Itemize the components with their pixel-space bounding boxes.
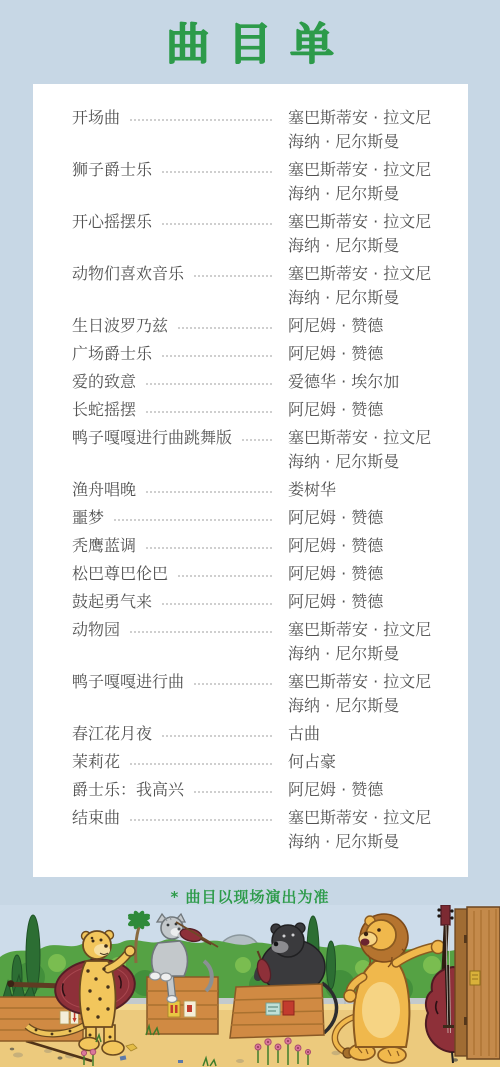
dot-leader (162, 722, 272, 737)
program-row: 开场曲塞巴斯蒂安 · 拉文尼海纳 · 尼尔斯曼 (72, 106, 456, 154)
dot-leader (146, 534, 272, 549)
composer-line: 海纳 · 尼尔斯曼 (288, 286, 456, 310)
song-title: 茉莉花 (72, 750, 120, 774)
composer-name: 阿尼姆 · 赞德 (288, 562, 456, 586)
song-title: 长蛇摇摆 (72, 398, 136, 422)
crate-right (230, 984, 324, 1038)
composer-name: 何占豪 (288, 750, 456, 774)
dot-leader (194, 778, 272, 793)
composer-name: 古曲 (288, 722, 456, 746)
program-row: 茉莉花何占豪 (72, 750, 456, 774)
composer-line: 海纳 · 尼尔斯曼 (288, 234, 456, 258)
footnote: * 曲目以现场演出为准 (0, 886, 500, 907)
song-title: 爱的致意 (72, 370, 136, 394)
dot-leader (178, 314, 272, 329)
composer-name: 塞巴斯蒂安 · 拉文尼海纳 · 尼尔斯曼 (288, 806, 456, 854)
composer-line: 海纳 · 尼尔斯曼 (288, 130, 456, 154)
song-title: 春江花月夜 (72, 722, 152, 746)
dot-leader (162, 342, 272, 357)
dot-leader (242, 426, 272, 441)
composer-line: 阿尼姆 · 赞德 (288, 342, 456, 366)
composer-line: 塞巴斯蒂安 · 拉文尼 (288, 426, 456, 450)
composer-line: 阿尼姆 · 赞德 (288, 562, 456, 586)
song-title: 鼓起勇气来 (72, 590, 152, 614)
program-row: 鸭子嘎嘎进行曲跳舞版塞巴斯蒂安 · 拉文尼海纳 · 尼尔斯曼 (72, 426, 456, 474)
song-title: 秃鹰蓝调 (72, 534, 136, 558)
composer-name: 爱德华 · 埃尔加 (288, 370, 456, 394)
program-row: 渔舟唱晚娄树华 (72, 478, 456, 502)
dot-leader (146, 398, 272, 413)
composer-name: 阿尼姆 · 赞德 (288, 778, 456, 802)
dot-leader (130, 806, 272, 821)
composer-line: 阿尼姆 · 赞德 (288, 534, 456, 558)
song-title: 开场曲 (72, 106, 120, 130)
composer-line: 海纳 · 尼尔斯曼 (288, 694, 456, 718)
dot-leader (114, 506, 272, 521)
song-title: 结束曲 (72, 806, 120, 830)
composer-line: 塞巴斯蒂安 · 拉文尼 (288, 618, 456, 642)
composer-line: 塞巴斯蒂安 · 拉文尼 (288, 262, 456, 286)
composer-name: 阿尼姆 · 赞德 (288, 590, 456, 614)
composer-name: 塞巴斯蒂安 · 拉文尼海纳 · 尼尔斯曼 (288, 618, 456, 666)
song-title: 生日波罗乃兹 (72, 314, 168, 338)
composer-line: 爱德华 · 埃尔加 (288, 370, 456, 394)
song-title: 渔舟唱晚 (72, 478, 136, 502)
composer-line: 塞巴斯蒂安 · 拉文尼 (288, 670, 456, 694)
composer-name: 阿尼姆 · 赞德 (288, 506, 456, 530)
composer-name: 阿尼姆 · 赞德 (288, 342, 456, 366)
program-row: 狮子爵士乐塞巴斯蒂安 · 拉文尼海纳 · 尼尔斯曼 (72, 158, 456, 206)
composer-name: 塞巴斯蒂安 · 拉文尼海纳 · 尼尔斯曼 (288, 106, 456, 154)
composer-line: 海纳 · 尼尔斯曼 (288, 642, 456, 666)
composer-name: 塞巴斯蒂安 · 拉文尼海纳 · 尼尔斯曼 (288, 158, 456, 206)
composer-line: 娄树华 (288, 478, 456, 502)
song-title: 动物园 (72, 618, 120, 642)
program-row: 春江花月夜古曲 (72, 722, 456, 746)
program-row: 长蛇摇摆阿尼姆 · 赞德 (72, 398, 456, 422)
wooden-door (455, 907, 500, 1059)
composer-line: 海纳 · 尼尔斯曼 (288, 450, 456, 474)
dot-leader (130, 106, 272, 121)
program-row: 鼓起勇气来阿尼姆 · 赞德 (72, 590, 456, 614)
composer-name: 娄树华 (288, 478, 456, 502)
band-illustration (0, 905, 500, 1067)
dot-leader (130, 750, 272, 765)
dot-leader (162, 158, 272, 173)
program-row: 爵士乐：我高兴阿尼姆 · 赞德 (72, 778, 456, 802)
dot-leader (162, 210, 272, 225)
composer-name: 阿尼姆 · 赞德 (288, 534, 456, 558)
program-row: 广场爵士乐阿尼姆 · 赞德 (72, 342, 456, 366)
song-title: 噩梦 (72, 506, 104, 530)
program-row: 结束曲塞巴斯蒂安 · 拉文尼海纳 · 尼尔斯曼 (72, 806, 456, 854)
composer-line: 古曲 (288, 722, 456, 746)
composer-line: 阿尼姆 · 赞德 (288, 314, 456, 338)
composer-name: 塞巴斯蒂安 · 拉文尼海纳 · 尼尔斯曼 (288, 426, 456, 474)
composer-line: 阿尼姆 · 赞德 (288, 506, 456, 530)
dot-leader (146, 478, 272, 493)
composer-line: 阿尼姆 · 赞德 (288, 590, 456, 614)
dot-leader (178, 562, 272, 577)
composer-name: 塞巴斯蒂安 · 拉文尼海纳 · 尼尔斯曼 (288, 210, 456, 258)
composer-line: 塞巴斯蒂安 · 拉文尼 (288, 806, 456, 830)
page-title: 曲目单 (0, 8, 500, 72)
composer-line: 阿尼姆 · 赞德 (288, 398, 456, 422)
song-title: 开心摇摆乐 (72, 210, 152, 234)
composer-line: 海纳 · 尼尔斯曼 (288, 830, 456, 854)
composer-name: 塞巴斯蒂安 · 拉文尼海纳 · 尼尔斯曼 (288, 262, 456, 310)
composer-line: 塞巴斯蒂安 · 拉文尼 (288, 106, 456, 130)
program-row: 鸭子嘎嘎进行曲塞巴斯蒂安 · 拉文尼海纳 · 尼尔斯曼 (72, 670, 456, 718)
song-title: 爵士乐：我高兴 (72, 778, 184, 802)
program-row: 生日波罗乃兹阿尼姆 · 赞德 (72, 314, 456, 338)
composer-name: 阿尼姆 · 赞德 (288, 314, 456, 338)
program-row: 爱的致意爱德华 · 埃尔加 (72, 370, 456, 394)
program-row: 松巴尊巴伦巴阿尼姆 · 赞德 (72, 562, 456, 586)
program-row: 动物园塞巴斯蒂安 · 拉文尼海纳 · 尼尔斯曼 (72, 618, 456, 666)
composer-line: 海纳 · 尼尔斯曼 (288, 182, 456, 206)
song-title: 广场爵士乐 (72, 342, 152, 366)
composer-line: 塞巴斯蒂安 · 拉文尼 (288, 210, 456, 234)
song-title: 鸭子嘎嘎进行曲跳舞版 (72, 426, 232, 450)
program-row: 开心摇摆乐塞巴斯蒂安 · 拉文尼海纳 · 尼尔斯曼 (72, 210, 456, 258)
dot-leader (130, 618, 272, 633)
program-row: 秃鹰蓝调阿尼姆 · 赞德 (72, 534, 456, 558)
dot-leader (162, 590, 272, 605)
song-title: 松巴尊巴伦巴 (72, 562, 168, 586)
crate-center (147, 977, 218, 1034)
song-title: 鸭子嘎嘎进行曲 (72, 670, 184, 694)
program-poster: 曲目单 开场曲塞巴斯蒂安 · 拉文尼海纳 · 尼尔斯曼狮子爵士乐塞巴斯蒂安 · … (0, 0, 500, 1067)
composer-name: 塞巴斯蒂安 · 拉文尼海纳 · 尼尔斯曼 (288, 670, 456, 718)
dot-leader (194, 262, 272, 277)
dot-leader (146, 370, 272, 385)
song-title: 动物们喜欢音乐 (72, 262, 184, 286)
program-row: 噩梦阿尼姆 · 赞德 (72, 506, 456, 530)
dot-leader (194, 670, 272, 685)
composer-line: 塞巴斯蒂安 · 拉文尼 (288, 158, 456, 182)
program-list: 开场曲塞巴斯蒂安 · 拉文尼海纳 · 尼尔斯曼狮子爵士乐塞巴斯蒂安 · 拉文尼海… (33, 84, 468, 854)
composer-line: 阿尼姆 · 赞德 (288, 778, 456, 802)
composer-name: 阿尼姆 · 赞德 (288, 398, 456, 422)
program-row: 动物们喜欢音乐塞巴斯蒂安 · 拉文尼海纳 · 尼尔斯曼 (72, 262, 456, 310)
composer-line: 何占豪 (288, 750, 456, 774)
program-card: 开场曲塞巴斯蒂安 · 拉文尼海纳 · 尼尔斯曼狮子爵士乐塞巴斯蒂安 · 拉文尼海… (33, 84, 468, 877)
song-title: 狮子爵士乐 (72, 158, 152, 182)
